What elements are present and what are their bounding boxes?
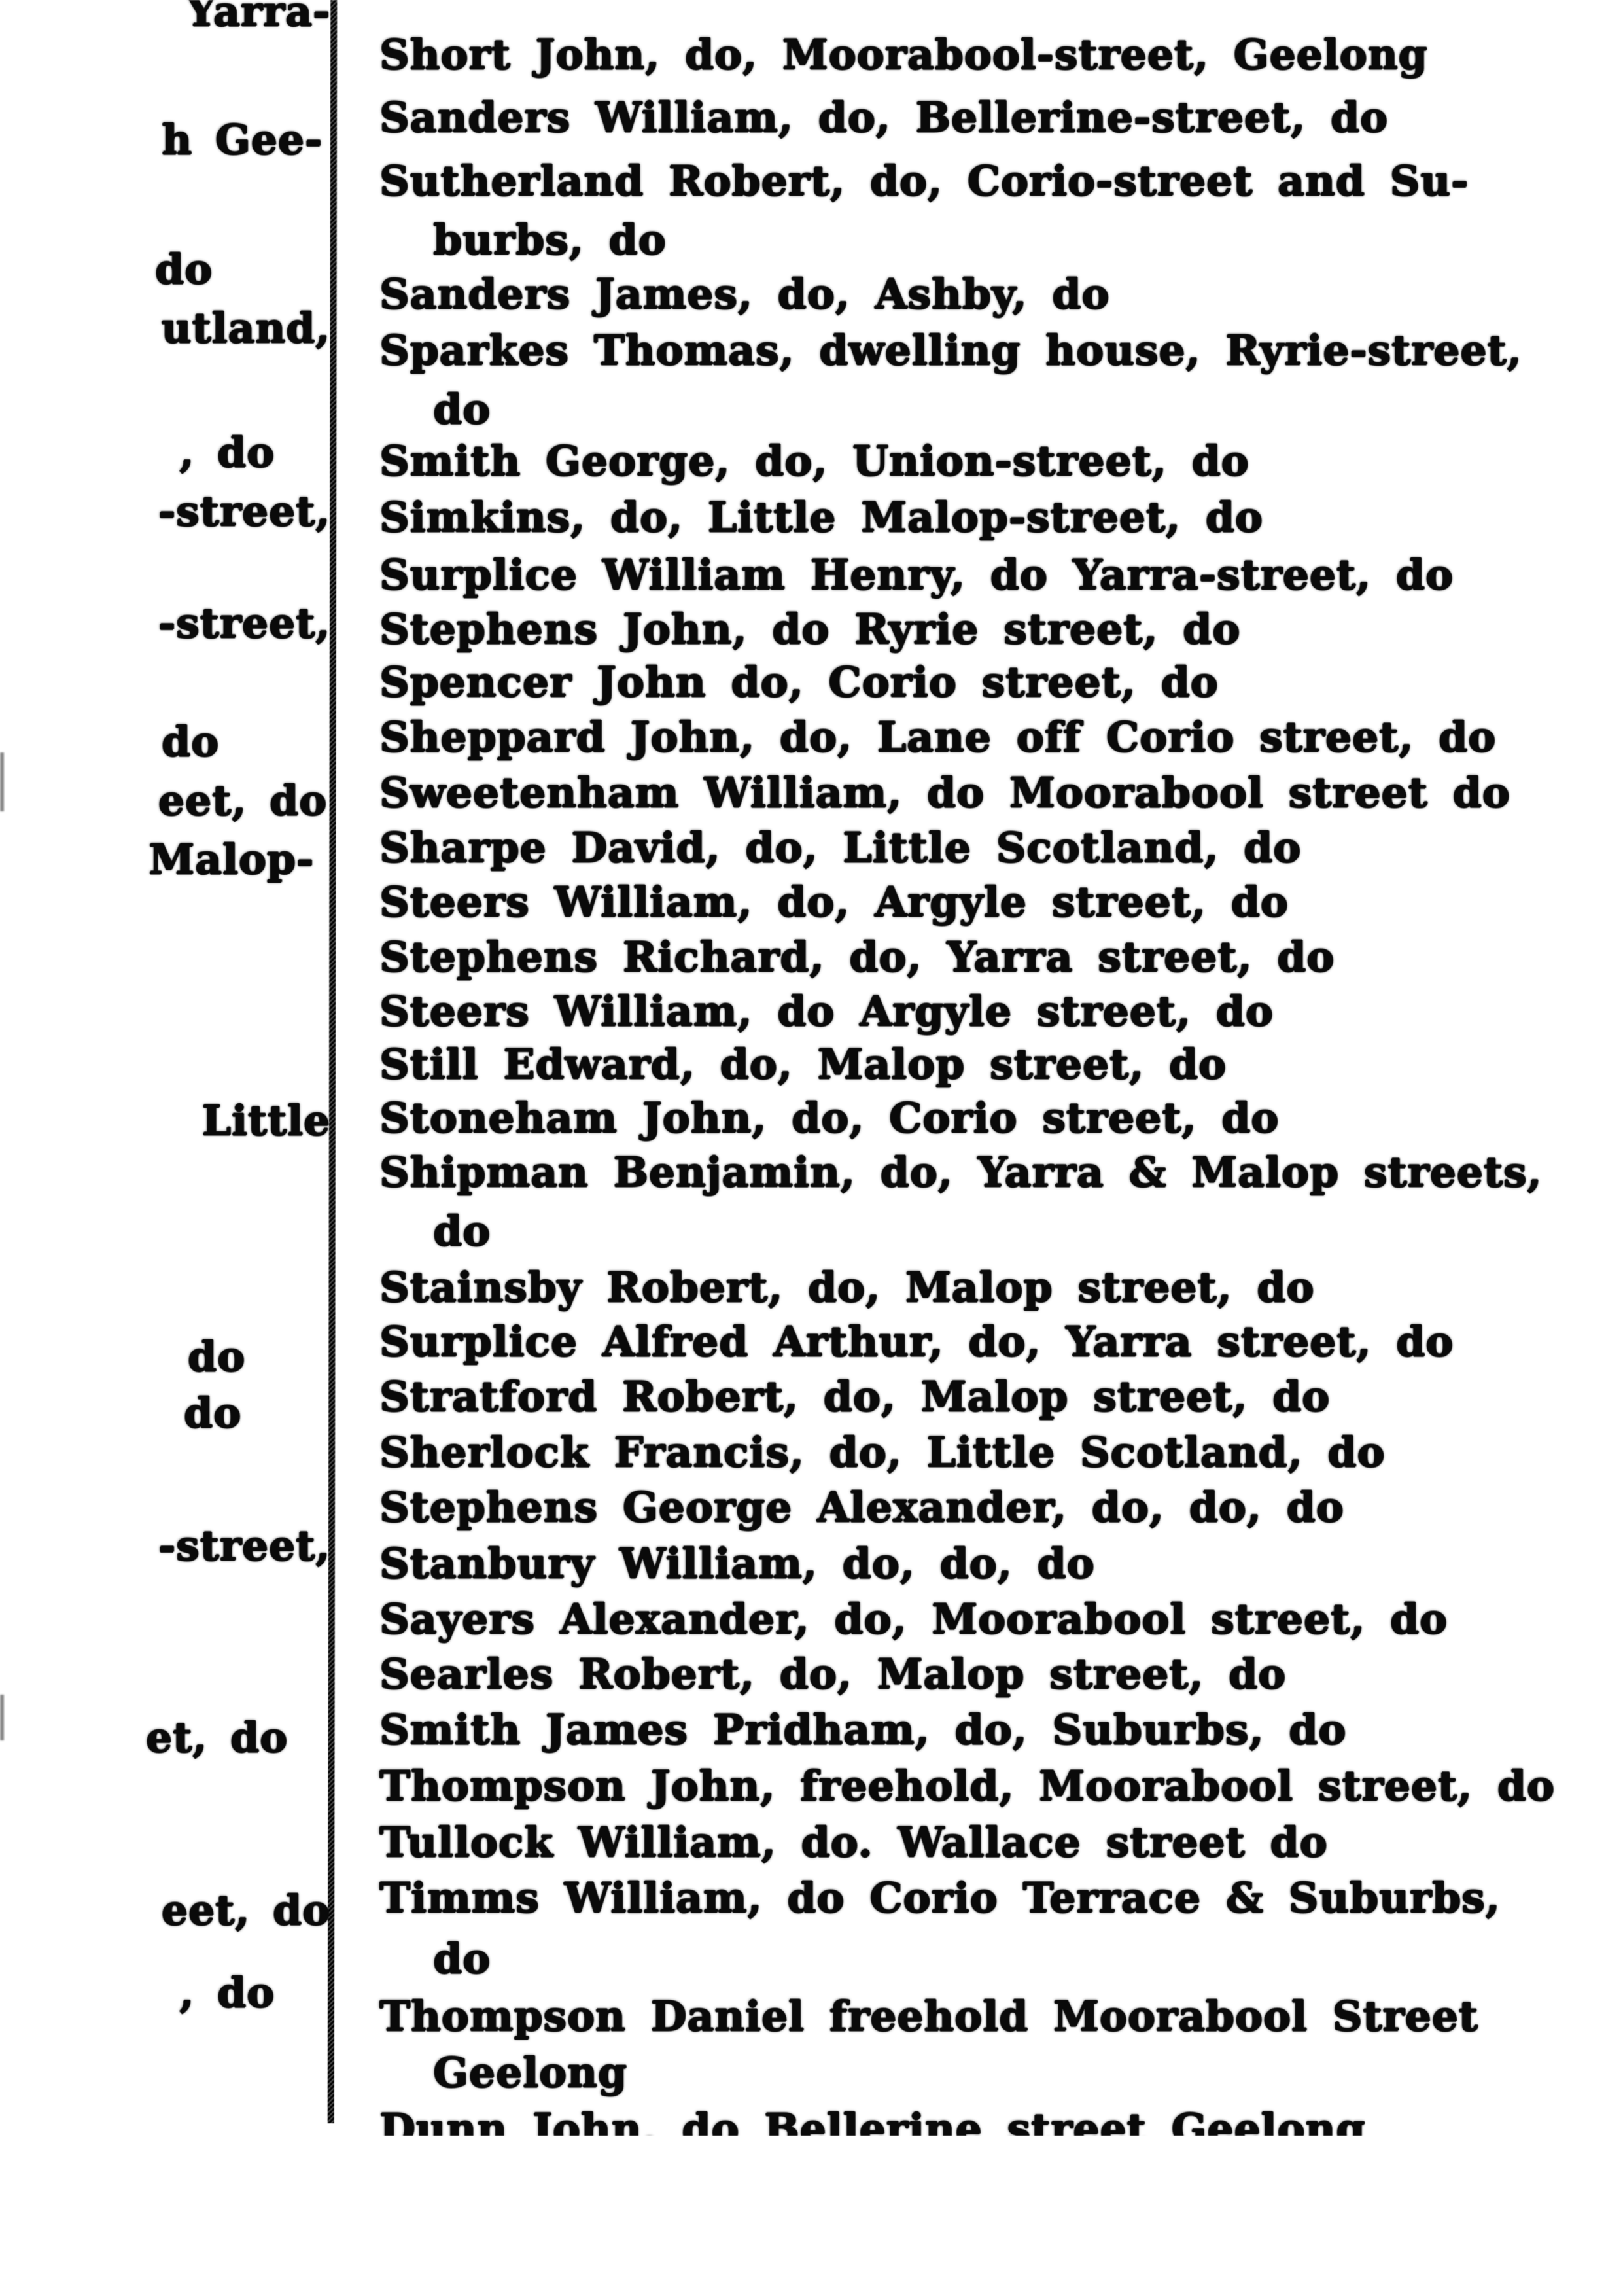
entry-line: Dunn John, do Bellerine street Geelong: [379, 2107, 1365, 2136]
entry-line: Surplice Alfred Arthur, do, Yarra street…: [379, 1320, 1454, 1363]
entry-line: Stoneham John, do, Corio street, do: [379, 1096, 1279, 1139]
left-fragment-text: -street,: [158, 599, 330, 647]
left-fragment-text: h Gee-: [162, 115, 323, 164]
entry-line: Smith George, do, Union-street, do: [379, 439, 1249, 482]
entry-line: Thompson John, freehold, Moorabool stree…: [379, 1764, 1555, 1807]
scan-edge-artifact: [0, 752, 4, 811]
entry-line: Sherlock Francis, do, Little Scotland, d…: [379, 1430, 1385, 1474]
entry-line-text: Smith James Pridham, do, Suburbs, do: [379, 1705, 1346, 1754]
left-fragment: Malop-: [148, 838, 314, 881]
entry-line: do: [433, 1209, 491, 1252]
entry-line-text: Stoneham John, do, Corio street, do: [379, 1093, 1279, 1142]
entry-line-text: Stephens George Alexander, do, do, do: [379, 1483, 1344, 1531]
entry-line: Stanbury William, do, do, do: [379, 1542, 1094, 1585]
left-fragment: , do: [179, 431, 275, 474]
entry-line-text: Dunn John, do Bellerine street Geelong: [379, 2107, 1365, 2136]
entry-line: Spencer John do, Corio street, do: [379, 660, 1219, 703]
left-fragment: h Gee-: [162, 118, 323, 161]
entry-line-text: Searles Robert, do, Malop street, do: [379, 1650, 1286, 1698]
entry-line: Sanders James, do, Ashby, do: [379, 272, 1109, 315]
entry-line: Stainsby Robert, do, Malop street, do: [379, 1265, 1314, 1309]
entry-line-text: Sweetenham William, do Moorabool street …: [379, 768, 1510, 817]
entry-line: Sweetenham William, do Moorabool street …: [379, 771, 1510, 814]
left-fragment: eet, do: [158, 779, 327, 822]
entry-line-text: Stanbury William, do, do, do: [379, 1539, 1094, 1587]
entry-line: Sayers Alexander, do, Moorabool street, …: [379, 1597, 1448, 1640]
scanned-document-page: Yarra-h Gee-doutland,, do-street,-street…: [0, 0, 1623, 2296]
left-fragment-text: Yarra-: [186, 0, 330, 33]
entry-line-text: Sanders William, do, Bellerine-street, d…: [379, 93, 1388, 141]
left-fragment: do: [184, 1391, 241, 1434]
left-fragment-text: -street,: [158, 1521, 330, 1570]
entry-line: Stratford Robert, do, Malop street, do: [379, 1375, 1330, 1418]
left-fragment: do: [162, 720, 219, 763]
left-fragment: Little: [202, 1099, 330, 1142]
entry-line-text: Sayers Alexander, do, Moorabool street, …: [379, 1595, 1448, 1643]
entry-line: Surplice William Henry, do Yarra-street,…: [379, 553, 1454, 596]
entry-line-text: Stephens Richard, do, Yarra street, do: [379, 932, 1335, 981]
entry-line-text: Steers William, do Argyle street, do: [379, 987, 1274, 1035]
left-fragment-text: -street,: [158, 487, 330, 535]
entry-line-text: Sparkes Thomas, dwelling house, Ryrie-st…: [379, 326, 1522, 374]
left-fragment-text: do: [162, 717, 219, 766]
left-fragment-text: do: [155, 245, 213, 293]
entry-line: Timms William, do Corio Terrace & Suburb…: [379, 1876, 1500, 1919]
left-fragment: , do: [179, 1971, 275, 2014]
left-fragment-text: , do: [179, 428, 275, 476]
entry-line: Geelong: [433, 2051, 627, 2094]
entry-line: Sanders William, do, Bellerine-street, d…: [379, 96, 1388, 139]
entry-line: Steers William, do, Argyle street, do: [379, 880, 1289, 923]
left-fragment-text: eet, do: [162, 1886, 330, 1934]
entry-line: Steers William, do Argyle street, do: [379, 989, 1274, 1033]
left-fragment-text: utland,: [162, 304, 330, 352]
left-fragment: eet, do: [162, 1888, 330, 1932]
entry-line: Sutherland Robert, do, Corio-street and …: [379, 159, 1469, 202]
entry-line: Stephens Richard, do, Yarra street, do: [379, 935, 1335, 978]
left-fragment: do: [188, 1335, 245, 1378]
entry-line-text: Tullock William, do. Wallace street do: [379, 1818, 1327, 1866]
left-fragment-text: do: [188, 1332, 245, 1381]
left-fragment-text: , do: [179, 1968, 275, 2017]
entry-line: Stephens John, do Ryrie street, do: [379, 607, 1240, 650]
entry-line: do: [433, 1937, 491, 1980]
left-fragment-text: et, do: [146, 1713, 288, 1761]
entry-line-text: Sheppard John, do, Lane off Corio street…: [379, 713, 1496, 761]
entry-line-text: Stainsby Robert, do, Malop street, do: [379, 1263, 1314, 1311]
directory-entries-column: Short John, do, Moorabool-street, Geelon…: [379, 0, 1623, 2296]
entry-line: Shipman Benjamin, do, Yarra & Malop stre…: [379, 1150, 1542, 1193]
entry-line: Thompson Daniel freehold Moorabool Stree…: [379, 1994, 1478, 2038]
entry-line-text: Geelong: [433, 2048, 627, 2096]
left-fragment: -street,: [158, 601, 330, 645]
entry-line-text: Surplice Alfred Arthur, do, Yarra street…: [379, 1317, 1454, 1366]
entry-line-text: burbs, do: [433, 215, 667, 264]
entry-line: Stephens George Alexander, do, do, do: [379, 1485, 1344, 1528]
entry-line-text: Sanders James, do, Ashby, do: [379, 270, 1109, 318]
entry-line-text: Still Edward, do, Malop street, do: [379, 1040, 1227, 1088]
entry-line-text: Stratford Robert, do, Malop street, do: [379, 1372, 1330, 1421]
entry-line-text: Stephens John, do Ryrie street, do: [379, 605, 1240, 653]
entry-line-text: Shipman Benjamin, do, Yarra & Malop stre…: [379, 1148, 1542, 1196]
left-fragment: et, do: [146, 1716, 288, 1759]
entry-line-text: Thompson Daniel freehold Moorabool Stree…: [379, 1992, 1478, 2040]
left-fragment: utland,: [162, 306, 330, 349]
entry-line: Short John, do, Moorabool-street, Geelon…: [379, 33, 1427, 76]
entry-line: Smith James Pridham, do, Suburbs, do: [379, 1708, 1346, 1751]
entry-line-text: Surplice William Henry, do Yarra-street,…: [379, 550, 1454, 599]
left-fragment: Yarra-: [186, 0, 330, 37]
left-fragment-text: eet, do: [158, 776, 327, 824]
entry-line: do: [433, 387, 491, 431]
entry-line-text: Timms William, do Corio Terrace & Suburb…: [379, 1873, 1500, 1922]
entry-line-text: Sutherland Robert, do, Corio-street and …: [379, 156, 1469, 205]
scan-edge-artifact: [0, 1695, 4, 1740]
entry-line: Sheppard John, do, Lane off Corio street…: [379, 715, 1496, 758]
entry-line-text: Simkins, do, Little Malop-street, do: [379, 493, 1263, 541]
left-fragment-text: Malop-: [148, 835, 314, 883]
previous-column-fragment-area: Yarra-h Gee-doutland,, do-street,-street…: [0, 0, 330, 2296]
entry-line-text: Short John, do, Moorabool-street, Geelon…: [379, 30, 1427, 79]
left-fragment: -street,: [158, 1524, 330, 1567]
entry-line: Tullock William, do. Wallace street do: [379, 1820, 1327, 1863]
left-fragment-text: do: [184, 1388, 241, 1437]
left-fragment-text: Little: [202, 1096, 330, 1144]
entry-line: Sharpe David, do, Little Scotland, do: [379, 826, 1301, 869]
left-fragment: do: [155, 247, 213, 291]
entry-line-text: Thompson John, freehold, Moorabool stree…: [379, 1761, 1555, 1810]
entry-line-text: do: [433, 385, 491, 433]
entry-line-text: do: [433, 1934, 491, 1983]
entry-line-text: Smith George, do, Union-street, do: [379, 436, 1249, 485]
entry-line: Simkins, do, Little Malop-street, do: [379, 495, 1263, 539]
entry-line: Still Edward, do, Malop street, do: [379, 1042, 1227, 1086]
entry-line: burbs, do: [433, 218, 667, 261]
entry-line-text: Spencer John do, Corio street, do: [379, 658, 1219, 706]
entry-line-text: Steers William, do, Argyle street, do: [379, 877, 1289, 926]
entry-line-text: Sharpe David, do, Little Scotland, do: [379, 823, 1301, 872]
entry-line: Searles Robert, do, Malop street, do: [379, 1652, 1286, 1695]
entry-line-text: do: [433, 1207, 491, 1255]
entry-line-text: Sherlock Francis, do, Little Scotland, d…: [379, 1428, 1385, 1476]
left-fragment: -street,: [158, 489, 330, 533]
entry-line: Sparkes Thomas, dwelling house, Ryrie-st…: [379, 328, 1522, 372]
